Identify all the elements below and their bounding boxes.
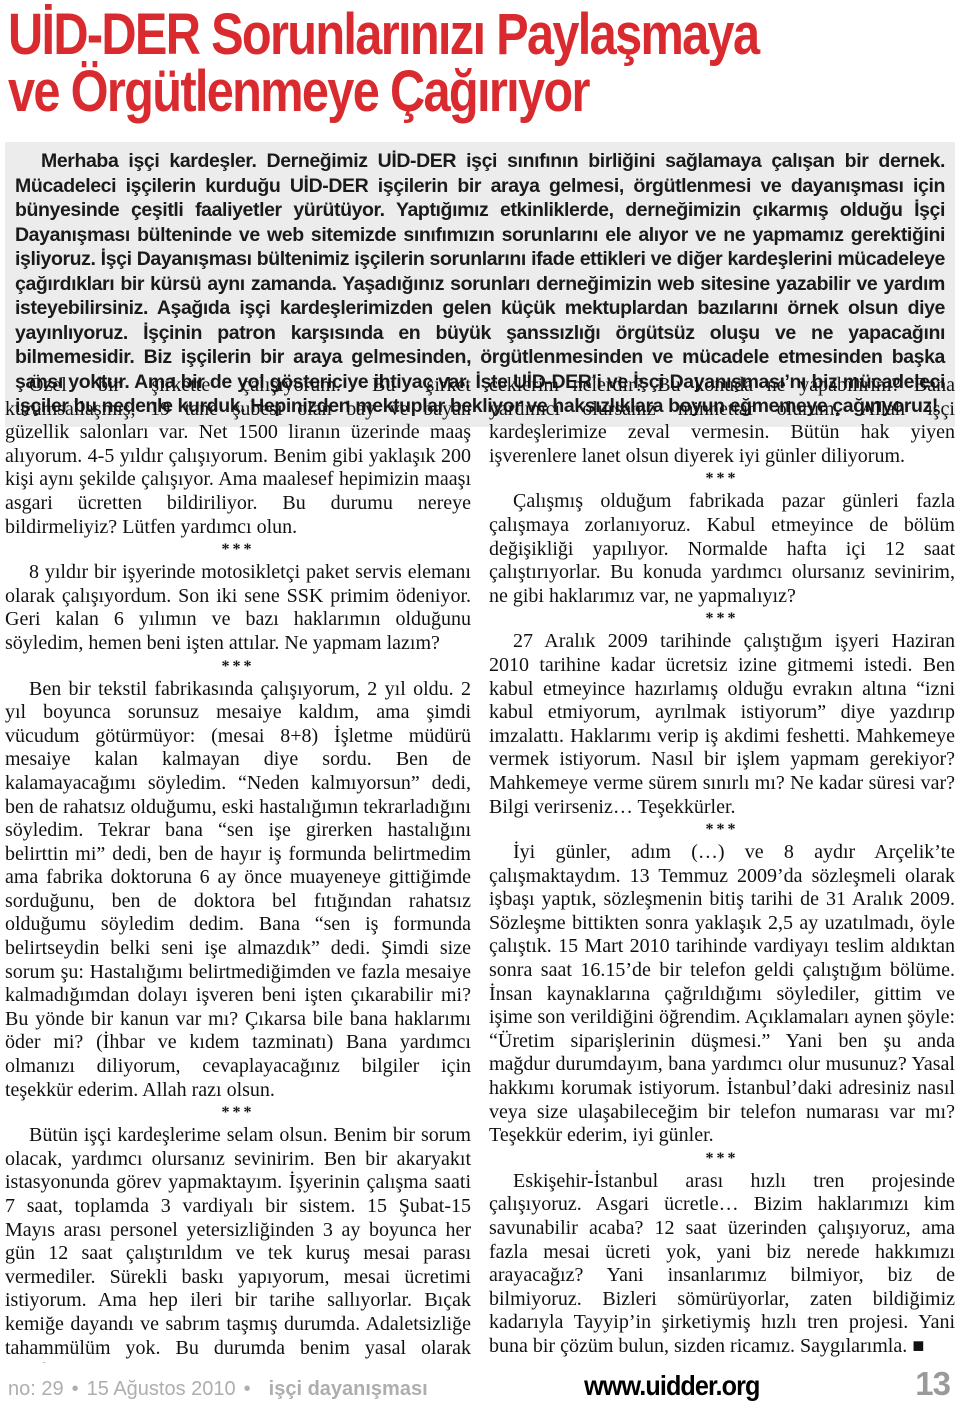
page-number: 13 xyxy=(915,1365,950,1403)
page-title-line-2: ve Örgütlenmeye Çağırıyor xyxy=(8,63,758,120)
letter-paragraph: 8 yıldır bir işyerinde motosikletçi pake… xyxy=(5,561,471,655)
letter-paragraph: İyi günler, adım (…) ve 8 aydır Arçelik’… xyxy=(489,841,955,1148)
footer-issue-info: no: 29•15 Ağustos 2010•işçi dayanışması xyxy=(8,1378,428,1401)
paragraph-separator: *** xyxy=(489,468,955,490)
paragraph-separator: *** xyxy=(489,608,955,630)
paragraph-separator: *** xyxy=(489,1148,955,1170)
issue-number: no: 29 xyxy=(8,1378,64,1400)
letters-section: Özel bir şirkette çalışıyorum. Bu şirket… xyxy=(5,374,955,1363)
paragraph-separator: *** xyxy=(5,656,471,678)
right-column: ceklerim nelerdir? Bu konuda ne yapabili… xyxy=(489,374,955,1363)
website-url: www.uidder.org xyxy=(452,1370,891,1402)
page-title-line-1: UİD-DER Sorunlarınızı Paylaşmaya xyxy=(8,6,758,63)
footer-bullet: • xyxy=(72,1378,79,1400)
issue-date: 15 Ağustos 2010 xyxy=(87,1378,236,1400)
letter-paragraph: Çalışmış olduğum fabrikada pazar günleri… xyxy=(489,490,955,608)
bulletin-name: işçi dayanışması xyxy=(269,1378,428,1400)
paragraph-separator: *** xyxy=(489,819,955,841)
letter-paragraph: Özel bir şirkette çalışıyorum. Bu şirket… xyxy=(5,374,471,539)
letter-paragraph: ceklerim nelerdir? Bu konuda ne yapabili… xyxy=(489,374,955,468)
page-footer: no: 29•15 Ağustos 2010•işçi dayanışması … xyxy=(8,1365,950,1403)
page-title: UİD-DER Sorunlarınızı Paylaşmaya ve Örgü… xyxy=(8,6,758,120)
letter-paragraph: Bütün işçi kardeşlerime selam olsun. Ben… xyxy=(5,1124,471,1363)
letter-paragraph: Eskişehir-İstanbul arası hızlı tren proj… xyxy=(489,1170,955,1359)
paragraph-separator: *** xyxy=(5,539,471,561)
footer-bullet: • xyxy=(244,1378,251,1400)
paragraph-separator: *** xyxy=(5,1102,471,1124)
letter-paragraph: 27 Aralık 2009 tarihinde çalıştığım işye… xyxy=(489,630,955,819)
left-column: Özel bir şirkette çalışıyorum. Bu şirket… xyxy=(5,374,471,1363)
letter-paragraph: Ben bir tekstil fabrikasında çalışıyorum… xyxy=(5,678,471,1103)
